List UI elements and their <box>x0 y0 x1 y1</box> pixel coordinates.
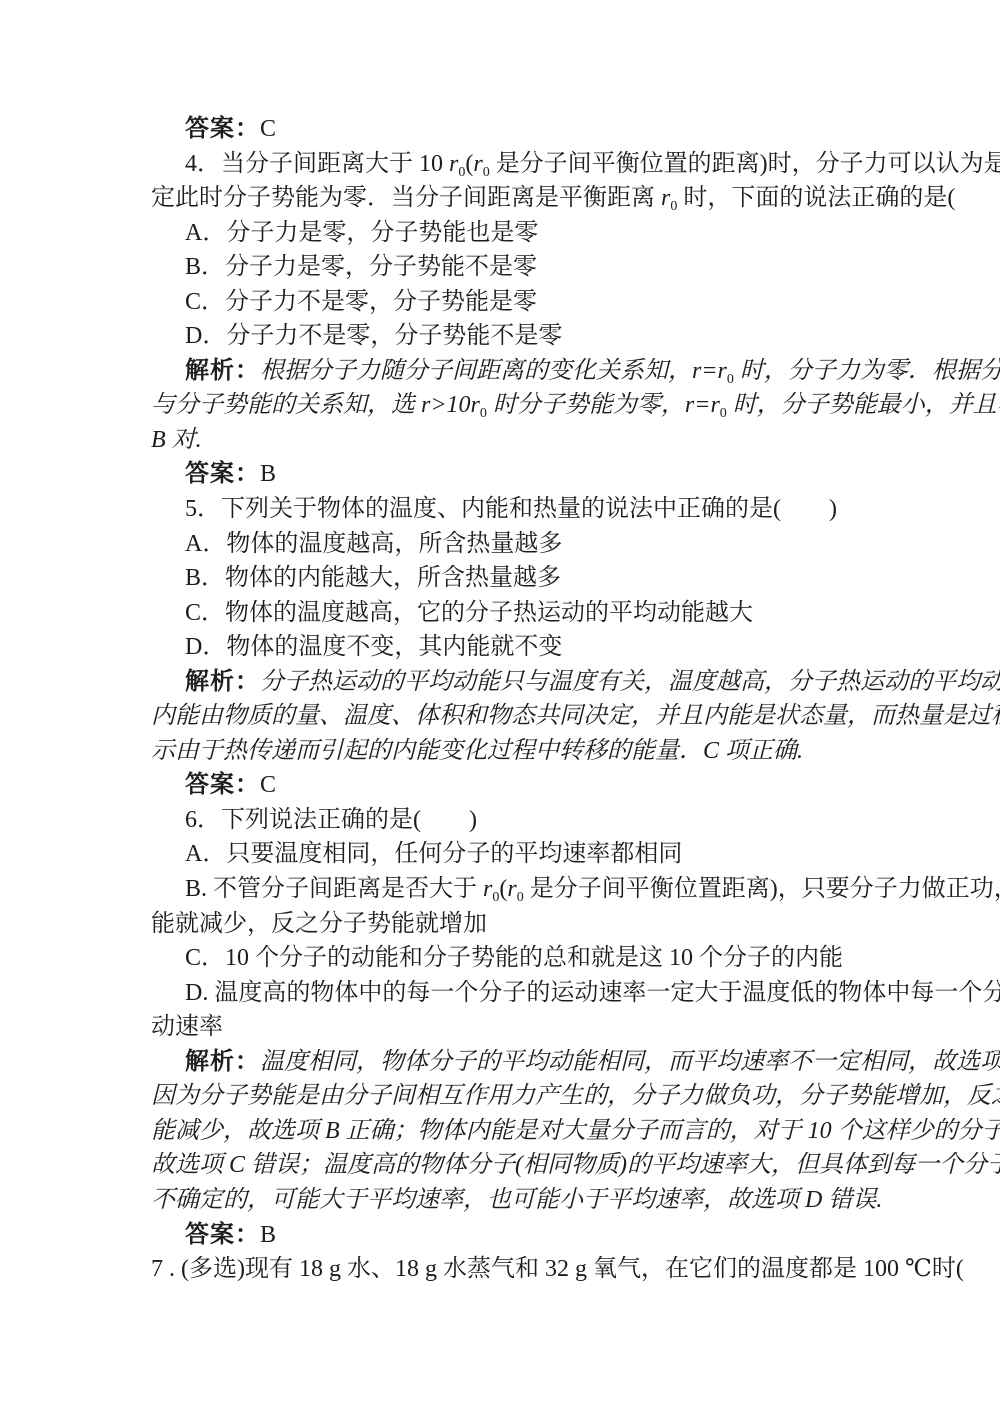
text-segment: 能就减少，反之分子势能就增加 <box>151 911 487 937</box>
document-line: C．10 个分子的动能和分子势能的总和就是这 10 个分子的内能 <box>151 941 865 976</box>
text-segment: r <box>710 392 719 418</box>
text-segment: 根据分子力随分子间距离的变化关系知， <box>260 358 692 384</box>
text-segment: 答案： <box>185 115 260 142</box>
text-segment: r <box>483 876 492 902</box>
document-line: C．分子力不是零，分子势能是零 <box>151 285 865 320</box>
document-line: D．物体的温度不变，其内能就不变 <box>151 630 865 665</box>
text-segment: C．物体的温度越高，它的分子热运动的平均动能越大 <box>185 600 753 626</box>
text-segment: 时，下面的说法正确的是( ) <box>677 185 1000 211</box>
document-line: 故选项 C 错误；温度高的物体分子(相同物质)的平均速率大，但具体到每一个分子的… <box>151 1148 865 1183</box>
text-segment: 内能由物质的量、温度、体积和物态共同决定，并且内能是状态量，而热量是过程量，它表 <box>151 703 1000 729</box>
text-segment: 答案： <box>185 771 260 798</box>
text-segment: 0 <box>720 406 727 421</box>
text-segment: >10 <box>430 392 470 418</box>
text-segment: B <box>260 461 276 487</box>
text-segment: = <box>694 392 710 418</box>
document-line: A．分子力是零，分子势能也是零 <box>151 216 865 251</box>
text-segment: B 对. <box>151 427 202 453</box>
document-line: 解析：温度相同，物体分子的平均动能相同，而平均速率不一定相同，故选项 A 错误； <box>151 1045 865 1080</box>
text-segment: B．物体的内能越大，所含热量越多 <box>185 565 561 591</box>
document-line: 答案：C <box>151 112 865 147</box>
text-segment: D．分子力不是零，分子势能不是零 <box>185 323 562 349</box>
document-line: B 对. <box>151 423 865 458</box>
text-segment: D．物体的温度不变，其内能就不变 <box>185 634 562 660</box>
document-line: 因为分子势能是由分子间相互作用力产生的，分子力做负功，分子势能增加，反之，分子势 <box>151 1079 865 1114</box>
document-line: C．物体的温度越高，它的分子热运动的平均动能越大 <box>151 596 865 631</box>
text-segment: r <box>473 151 482 177</box>
text-segment: A．物体的温度越高，所含热量越多 <box>185 531 562 557</box>
document-line: 6．下列说法正确的是( ) <box>151 803 865 838</box>
text-segment: C．10 个分子的动能和分子势能的总和就是这 10 个分子的内能 <box>185 945 843 971</box>
text-segment: B. 不管分子间距离是否大于 <box>185 876 483 902</box>
text-segment: r <box>449 151 458 177</box>
document-line: D．分子力不是零，分子势能不是零 <box>151 319 865 354</box>
text-segment: 故选项 C 错误；温度高的物体分子(相同物质)的平均速率大，但具体到每一个分子的… <box>151 1152 1000 1178</box>
text-segment: 温度相同，物体分子的平均动能相同，而平均速率不一定相同，故选项 A 错误； <box>260 1049 1000 1075</box>
text-segment: = <box>701 358 717 384</box>
text-segment: 解析： <box>185 357 260 384</box>
document-line: 答案：B <box>151 1218 865 1253</box>
document-line: 答案：C <box>151 768 865 803</box>
text-segment: C <box>260 772 276 798</box>
text-segment: 解析： <box>185 1048 260 1075</box>
text-segment: 与分子势能的关系知，选 <box>151 392 421 418</box>
text-segment: 定此时分子势能为零．当分子间距离是平衡距离 <box>151 185 661 211</box>
text-segment: r <box>685 392 694 418</box>
text-segment: 0 <box>480 406 487 421</box>
document-page: 答案：C4．当分子间距离大于 10 r0(r0 是分子间平衡位置的距离)时，分子… <box>0 0 1000 1414</box>
text-segment: C <box>260 116 276 142</box>
text-segment: 0 <box>727 372 734 387</box>
text-segment: r <box>471 392 480 418</box>
text-segment: r <box>507 876 516 902</box>
text-segment: 4．当分子间距离大于 10 <box>185 151 449 177</box>
text-segment: 能减少，故选项 B 正确；物体内能是对大量分子而言的，对于 10 个这样少的分子… <box>151 1118 1000 1144</box>
text-segment: B．分子力是零，分子势能不是零 <box>185 254 537 280</box>
text-segment: 因为分子势能是由分子间相互作用力产生的，分子力做负功，分子势能增加，反之，分子势 <box>151 1083 1000 1109</box>
text-segment: 5．下列关于物体的温度、内能和热量的说法中正确的是( ) <box>185 496 837 522</box>
text-segment: r <box>692 358 701 384</box>
text-segment: B <box>260 1222 276 1248</box>
text-segment: C．分子力不是零，分子势能是零 <box>185 289 537 315</box>
text-segment: 答案： <box>185 460 260 487</box>
document-line: 解析：分子热运动的平均动能只与温度有关，温度越高，分子热运动的平均动能越大， <box>151 665 865 700</box>
document-line: 与分子势能的关系知，选 r>10r0 时分子势能为零，r=r0 时，分子势能最小… <box>151 388 865 423</box>
document-line: B. 不管分子间距离是否大于 r0(r0 是分子间平衡位置距离)，只要分子力做正… <box>151 872 865 907</box>
text-segment: 答案： <box>185 1221 260 1248</box>
document-content: 答案：C4．当分子间距离大于 10 r0(r0 是分子间平衡位置的距离)时，分子… <box>151 112 865 1287</box>
text-segment: r <box>421 392 430 418</box>
document-line: B．分子力是零，分子势能不是零 <box>151 250 865 285</box>
text-segment: 时分子势能为零， <box>487 392 685 418</box>
text-segment: r <box>718 358 727 384</box>
text-segment: 6．下列说法正确的是( ) <box>185 807 477 833</box>
text-segment: 分子热运动的平均动能只与温度有关，温度越高，分子热运动的平均动能越大， <box>260 669 1000 695</box>
document-line: A．只要温度相同，任何分子的平均速率都相同 <box>151 837 865 872</box>
text-segment: 动速率 <box>151 1014 223 1040</box>
document-line: 动速率 <box>151 1010 865 1045</box>
text-segment: 解析： <box>185 668 260 695</box>
document-line: A．物体的温度越高，所含热量越多 <box>151 527 865 562</box>
document-line: 不确定的，可能大于平均速率，也可能小于平均速率，故选项 D 错误. <box>151 1183 865 1218</box>
text-segment: 是分子间平衡位置的距离)时，分子力可以认为是零，规 <box>490 151 1000 177</box>
text-segment: D. 温度高的物体中的每一个分子的运动速率一定大于温度低的物体中每一个分子的运 <box>185 980 1000 1006</box>
text-segment: r <box>661 185 670 211</box>
document-line: B．物体的内能越大，所含热量越多 <box>151 561 865 596</box>
document-line: 4．当分子间距离大于 10 r0(r0 是分子间平衡位置的距离)时，分子力可以认… <box>151 147 865 182</box>
document-line: 解析：根据分子力随分子间距离的变化关系知，r=r0 时，分子力为零．根据分子力做… <box>151 354 865 389</box>
document-line: 示由于热传递而引起的内能变化过程中转移的能量．C 项正确. <box>151 734 865 769</box>
text-segment: 0 <box>517 890 524 905</box>
document-line: 定此时分子势能为零．当分子间距离是平衡距离 r0 时，下面的说法正确的是( ) <box>151 181 865 216</box>
text-segment: A．分子力是零，分子势能也是零 <box>185 220 538 246</box>
document-line: 5．下列关于物体的温度、内能和热量的说法中正确的是( ) <box>151 492 865 527</box>
text-segment: A．只要温度相同，任何分子的平均速率都相同 <box>185 841 682 867</box>
text-segment: 是分子间平衡位置距离)，只要分子力做正功，分子势 <box>524 876 1000 902</box>
document-line: 7 . (多选)现有 18 g 水、18 g 水蒸气和 32 g 氧气，在它们的… <box>151 1252 865 1287</box>
text-segment: 0 <box>483 165 490 180</box>
text-segment: 示由于热传递而引起的内能变化过程中转移的能量．C 项正确. <box>151 738 803 764</box>
document-line: D. 温度高的物体中的每一个分子的运动速率一定大于温度低的物体中每一个分子的运 <box>151 976 865 1011</box>
text-segment: 不确定的，可能大于平均速率，也可能小于平均速率，故选项 D 错误. <box>151 1187 882 1213</box>
text-segment: 时，分子势能最小，并且小于零．故 <box>727 392 1000 418</box>
document-line: 能就减少，反之分子势能就增加 <box>151 907 865 942</box>
text-segment: 时，分子力为零．根据分子力做功 <box>734 358 1000 384</box>
document-line: 内能由物质的量、温度、体积和物态共同决定，并且内能是状态量，而热量是过程量，它表 <box>151 699 865 734</box>
document-line: 答案：B <box>151 457 865 492</box>
text-segment: 7 . (多选)现有 18 g 水、18 g 水蒸气和 32 g 氧气，在它们的… <box>151 1256 1000 1282</box>
document-line: 能减少，故选项 B 正确；物体内能是对大量分子而言的，对于 10 个这样少的分子… <box>151 1114 865 1149</box>
